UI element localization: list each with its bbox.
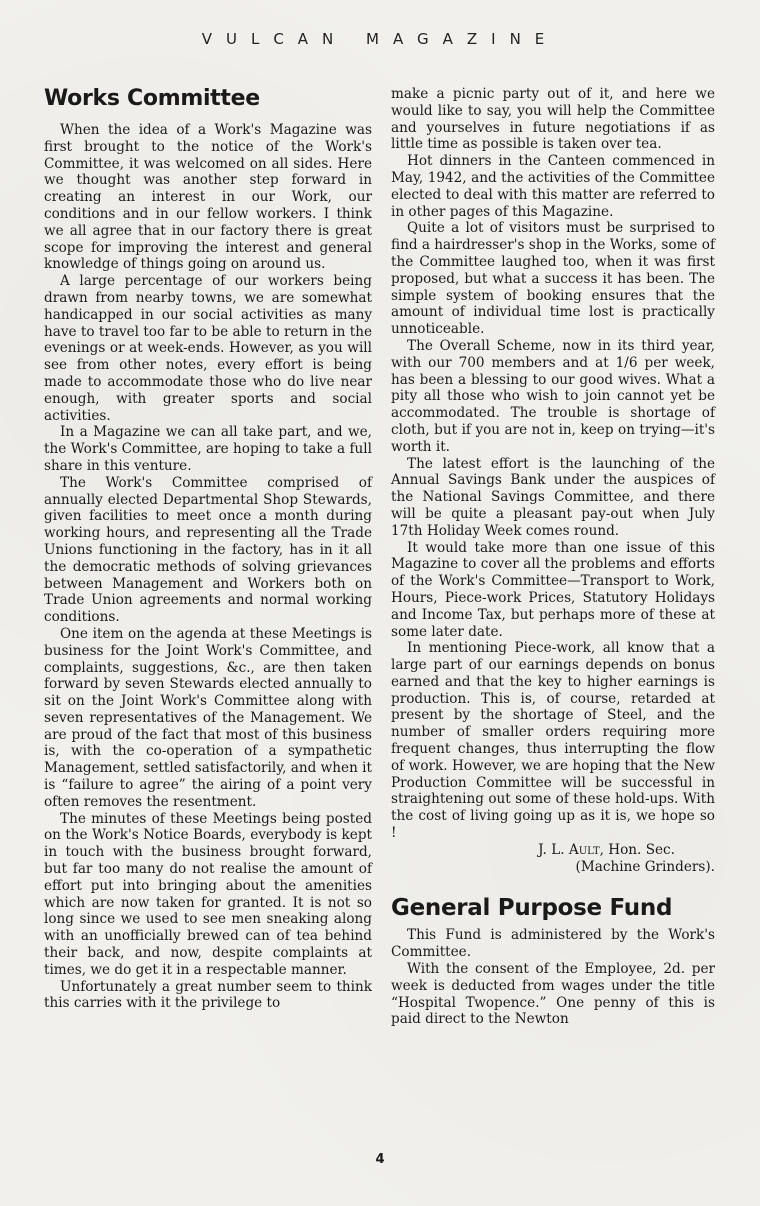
- paragraph: Quite a lot of visitors must be surprise…: [391, 220, 715, 338]
- signature-surname: Ault: [569, 842, 600, 858]
- left-column: Works Committee When the idea of a Work'…: [44, 82, 372, 1012]
- paragraph: It would take more than one issue of thi…: [391, 540, 715, 641]
- signature-name: J. L. Ault, Hon. Sec.: [391, 842, 715, 859]
- works-committee-heading: Works Committee: [44, 86, 372, 112]
- paragraph-continuation: make a picnic party out of it, and here …: [391, 86, 715, 153]
- signature-title: , Hon. Sec.: [600, 842, 675, 858]
- paragraph: In a Magazine we can all take part, and …: [44, 424, 372, 474]
- paragraph: This Fund is administered by the Work's …: [391, 927, 715, 961]
- paragraph: The minutes of these Meetings being post…: [44, 811, 372, 979]
- paragraph: With the consent of the Employee, 2d. pe…: [391, 961, 715, 1028]
- page-number: 4: [0, 1152, 760, 1167]
- paragraph: Unfortunately a great number seem to thi…: [44, 979, 372, 1013]
- signature-initials: J. L.: [538, 842, 564, 858]
- signature-department: (Machine Grinders).: [391, 859, 715, 876]
- right-column: make a picnic party out of it, and here …: [391, 86, 715, 1028]
- masthead: VULCAN MAGAZINE: [0, 30, 760, 48]
- paragraph: A large percentage of our workers being …: [44, 273, 372, 424]
- paragraph: Hot dinners in the Canteen commenced in …: [391, 153, 715, 220]
- paragraph: The latest effort is the launching of th…: [391, 456, 715, 540]
- paragraph: In mentioning Piece-work, all know that …: [391, 640, 715, 842]
- paragraph: The Work's Committee comprised of annual…: [44, 475, 372, 626]
- paragraph: One item on the agenda at these Meetings…: [44, 626, 372, 811]
- paragraph: When the idea of a Work's Magazine was f…: [44, 122, 372, 273]
- general-purpose-fund-heading: General Purpose Fund: [391, 895, 715, 921]
- paragraph: The Overall Scheme, now in its third yea…: [391, 338, 715, 456]
